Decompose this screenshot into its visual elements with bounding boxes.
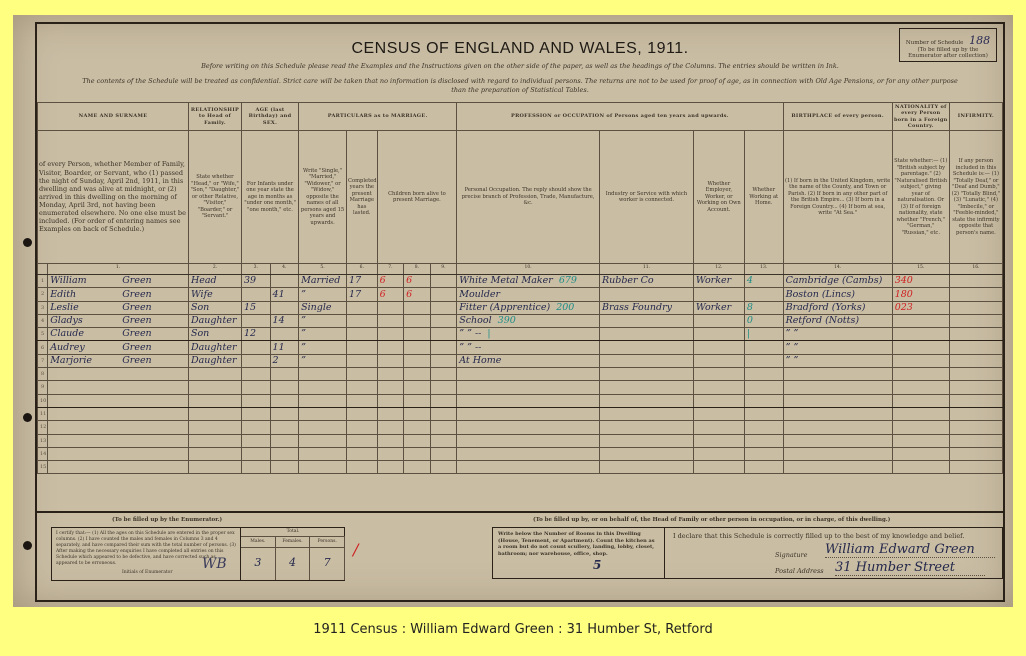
empty-cell	[892, 394, 949, 407]
image-caption: 1911 Census : William Edward Green : 31 …	[0, 622, 1026, 637]
punch-hole	[23, 238, 32, 247]
schedule-number-note: (To be filled up by the Enumerator after…	[900, 47, 996, 59]
empty-cell	[892, 381, 949, 394]
birthplace: Boston (Lincs)	[783, 288, 892, 301]
industry	[600, 328, 694, 341]
emp-code: 0	[744, 314, 783, 327]
empty-cell	[892, 421, 949, 434]
empty-cell	[299, 368, 347, 381]
living	[404, 328, 431, 341]
infirmity	[949, 341, 1002, 354]
marital: ”	[299, 354, 347, 367]
empty-cell	[347, 394, 378, 407]
person-name: MarjorieGreen	[48, 354, 189, 367]
empty-cell	[600, 447, 694, 460]
column-number: 13.	[744, 264, 783, 275]
empty-cell	[241, 394, 270, 407]
red-check-mark: /	[353, 540, 358, 559]
column-number: 1.	[48, 264, 189, 275]
empty-cell	[404, 461, 431, 474]
male-age	[241, 288, 270, 301]
female-age: 14	[270, 314, 299, 327]
empty-cell	[783, 381, 892, 394]
rooms-box: Write below the Number of Rooms in this …	[492, 527, 664, 579]
employer	[693, 341, 744, 354]
declaration-text: I declare that this Schedule is correctl…	[673, 532, 964, 540]
first-name: Claude	[50, 328, 122, 340]
person-name: EdithGreen	[48, 288, 189, 301]
column-number: 16.	[949, 264, 1002, 275]
form-title: CENSUS OF ENGLAND AND WALES, 1911.	[37, 40, 1003, 58]
empty-cell	[188, 381, 241, 394]
empty-row: 8	[38, 368, 1003, 381]
empty-cell	[430, 434, 457, 447]
bp-code	[892, 314, 949, 327]
row-number: 12	[38, 421, 48, 434]
first-name: Leslie	[50, 302, 122, 314]
empty-cell	[457, 368, 600, 381]
column-number: 15.	[892, 264, 949, 275]
empty-cell	[457, 461, 600, 474]
empty-cell	[430, 461, 457, 474]
person-name: ClaudeGreen	[48, 328, 189, 341]
empty-cell	[744, 381, 783, 394]
empty-cell	[457, 394, 600, 407]
occupation: ” ” --	[457, 341, 600, 354]
male-age: 12	[241, 328, 270, 341]
female-age	[270, 328, 299, 341]
female-age: 11	[270, 341, 299, 354]
died	[430, 341, 457, 354]
infirmity	[949, 301, 1002, 314]
header-infirmity: INFIRMITY.	[949, 103, 1002, 131]
employer	[693, 328, 744, 341]
empty-row: 11	[38, 407, 1003, 420]
empty-cell	[693, 461, 744, 474]
empty-cell	[600, 381, 694, 394]
years-married	[347, 354, 378, 367]
empty-row: 9	[38, 381, 1003, 394]
head-of-family-caption: (To be filled up by, or on behalf of, th…	[533, 517, 890, 523]
person-row: 5ClaudeGreenSon12”” ” --||” ”	[38, 328, 1003, 341]
bp-code: 023	[892, 301, 949, 314]
empty-cell	[693, 368, 744, 381]
row-number: 4	[38, 314, 48, 327]
footer-section: (To be filled up by the Enumerator.) I c…	[37, 511, 1003, 604]
empty-row: 13	[38, 434, 1003, 447]
empty-cell	[241, 447, 270, 460]
row-number: 14	[38, 447, 48, 460]
empty-cell	[377, 394, 404, 407]
instr-personal-occupation: Personal Occupation. The reply should sh…	[457, 131, 600, 264]
empty-cell	[430, 421, 457, 434]
females-total: 4	[276, 548, 311, 580]
years-married	[347, 314, 378, 327]
empty-cell	[347, 421, 378, 434]
header-marriage: PARTICULARS as to MARRIAGE.	[299, 103, 457, 131]
relation: Son	[188, 301, 241, 314]
died	[430, 328, 457, 341]
row-number: 7	[38, 354, 48, 367]
years-married: 17	[347, 275, 378, 288]
empty-cell	[430, 394, 457, 407]
living: 6	[404, 288, 431, 301]
empty-cell	[600, 368, 694, 381]
column-number: 6.	[347, 264, 378, 275]
empty-cell	[377, 434, 404, 447]
enumerator-initials-label: Initials of Enumerator	[122, 570, 173, 575]
infirmity	[949, 314, 1002, 327]
empty-cell	[48, 447, 189, 460]
column-number: 3.	[241, 264, 270, 275]
birthplace: ” ”	[783, 341, 892, 354]
empty-cell	[457, 447, 600, 460]
empty-cell	[430, 381, 457, 394]
birthplace: ” ”	[783, 354, 892, 367]
empty-cell	[299, 381, 347, 394]
empty-cell	[241, 461, 270, 474]
row-number: 1	[38, 275, 48, 288]
empty-cell	[270, 461, 299, 474]
row-number: 6	[38, 341, 48, 354]
header-age: AGE (last Birthday) and SEX.	[241, 103, 298, 131]
column-number: 12.	[693, 264, 744, 275]
surname: Green	[122, 342, 152, 353]
column-number: 4.	[270, 264, 299, 275]
died	[430, 354, 457, 367]
industry	[600, 354, 694, 367]
column-number: 10.	[457, 264, 600, 275]
emp-code: 8	[744, 301, 783, 314]
industry	[600, 341, 694, 354]
instr-name: of every Person, whether Member of Famil…	[38, 131, 189, 264]
females-label: Females.	[276, 537, 311, 547]
first-name: Marjorie	[50, 355, 122, 367]
female-age	[270, 301, 299, 314]
empty-cell	[377, 461, 404, 474]
enumerator-box: I certify that:— (1) All the ages on thi…	[51, 527, 345, 581]
schedule-number-value: 188	[969, 34, 990, 47]
instruction-line-3: than the preparation of Statistical Tabl…	[37, 86, 1003, 94]
occupation: White Metal Maker679	[457, 275, 600, 288]
empty-cell	[600, 394, 694, 407]
row-number: 5	[38, 328, 48, 341]
employer	[693, 314, 744, 327]
relation: Wife	[188, 288, 241, 301]
totals-label: Total.	[241, 528, 345, 537]
marital: ”	[299, 288, 347, 301]
males-total: 3	[241, 548, 276, 580]
person-name: LeslieGreen	[48, 301, 189, 314]
empty-cell	[347, 434, 378, 447]
row-number: 10	[38, 394, 48, 407]
relation: Daughter	[188, 341, 241, 354]
empty-cell	[48, 461, 189, 474]
male-age	[241, 354, 270, 367]
enumerator-initials: WB	[202, 556, 227, 572]
occupation-code: |	[487, 328, 490, 339]
empty-cell	[892, 368, 949, 381]
signature-value: William Edward Green	[825, 542, 995, 558]
empty-cell	[188, 434, 241, 447]
birthplace: Cambridge (Cambs)	[783, 275, 892, 288]
died	[430, 275, 457, 288]
empty-cell	[892, 447, 949, 460]
row-number-header	[38, 264, 48, 275]
rooms-instruction: Write below the Number of Rooms in this …	[498, 531, 659, 557]
instr-industry: Industry or Service with which worker is…	[600, 131, 694, 264]
marital: Married	[299, 275, 347, 288]
census-document: CENSUS OF ENGLAND AND WALES, 1911. Befor…	[13, 15, 1013, 607]
instr-infirmity: If any person included in this Schedule …	[949, 131, 1002, 264]
header-relationship: RELATIONSHIP to Head of Family.	[188, 103, 241, 131]
occupation-code: 390	[498, 315, 516, 326]
column-number-row: 1.2.3.4.5.6.7.8.9.10.11.12.13.14.15.16.	[38, 264, 1003, 275]
row-number: 3	[38, 301, 48, 314]
person-row: 2EdithGreenWife41”1766MoulderBoston (Lin…	[38, 288, 1003, 301]
living	[404, 314, 431, 327]
infirmity	[949, 275, 1002, 288]
empty-cell	[241, 368, 270, 381]
declaration-box: I declare that this Schedule is correctl…	[664, 527, 1003, 579]
born	[377, 328, 404, 341]
empty-cell	[783, 394, 892, 407]
employer: Worker	[693, 275, 744, 288]
column-number: 2.	[188, 264, 241, 275]
marital: ”	[299, 314, 347, 327]
empty-cell	[949, 421, 1002, 434]
empty-cell	[949, 381, 1002, 394]
empty-cell	[892, 407, 949, 420]
bp-code	[892, 341, 949, 354]
infirmity	[949, 354, 1002, 367]
schedule-number-box: Number of Schedule 188 (To be filled up …	[899, 28, 997, 62]
living	[404, 341, 431, 354]
empty-row: 12	[38, 421, 1003, 434]
occupation: School390	[457, 314, 600, 327]
postal-address-label: Postal Address	[775, 567, 824, 575]
empty-cell	[457, 434, 600, 447]
empty-cell	[299, 421, 347, 434]
column-number: 14.	[783, 264, 892, 275]
empty-cell	[347, 447, 378, 460]
column-number: 5.	[299, 264, 347, 275]
empty-cell	[783, 434, 892, 447]
empty-cell	[270, 434, 299, 447]
relation: Son	[188, 328, 241, 341]
empty-cell	[377, 421, 404, 434]
instruction-line-2: The contents of the Schedule will be tre…	[37, 77, 1003, 85]
industry: Brass Foundry	[600, 301, 694, 314]
employer	[693, 288, 744, 301]
empty-cell	[744, 368, 783, 381]
born: 6	[377, 275, 404, 288]
occupation-text: ” ” --	[459, 342, 481, 353]
empty-cell	[270, 381, 299, 394]
marital: ”	[299, 328, 347, 341]
person-name: GladysGreen	[48, 314, 189, 327]
female-age: 2	[270, 354, 299, 367]
emp-code	[744, 341, 783, 354]
empty-cell	[404, 434, 431, 447]
first-name: Gladys	[50, 315, 122, 327]
male-age: 39	[241, 275, 270, 288]
instr-years-married: Completed years the present Marriage has…	[347, 131, 378, 264]
males-label: Males.	[241, 537, 276, 547]
born: 6	[377, 288, 404, 301]
empty-cell	[241, 434, 270, 447]
empty-cell	[744, 394, 783, 407]
empty-cell	[188, 394, 241, 407]
relation: Daughter	[188, 354, 241, 367]
person-name: WilliamGreen	[48, 275, 189, 288]
birthplace: ” ”	[783, 328, 892, 341]
empty-cell	[377, 447, 404, 460]
surname: Green	[122, 328, 152, 339]
header-row: NAME AND SURNAME RELATIONSHIP to Head of…	[38, 103, 1003, 131]
person-row: 6AudreyGreenDaughter11”” ” --” ”	[38, 341, 1003, 354]
empty-cell	[241, 381, 270, 394]
empty-cell	[430, 407, 457, 420]
header-occupation: PROFESSION or OCCUPATION of Persons aged…	[457, 103, 783, 131]
occupation-text: Moulder	[459, 289, 500, 300]
empty-cell	[949, 461, 1002, 474]
empty-cell	[377, 368, 404, 381]
row-number: 8	[38, 368, 48, 381]
empty-cell	[347, 368, 378, 381]
header-birthplace: BIRTHPLACE of every person.	[783, 103, 892, 131]
instr-birthplace: (1) If born in the United Kingdom, write…	[783, 131, 892, 264]
empty-cell	[188, 447, 241, 460]
empty-cell	[270, 407, 299, 420]
empty-cell	[693, 447, 744, 460]
empty-cell	[270, 447, 299, 460]
empty-cell	[693, 434, 744, 447]
occupation: Fitter (Apprentice)200	[457, 301, 600, 314]
empty-cell	[48, 434, 189, 447]
years-married	[347, 328, 378, 341]
occupation: At Home	[457, 354, 600, 367]
instr-nationality: State whether:— (1) "British subject by …	[892, 131, 949, 264]
employer: Worker	[693, 301, 744, 314]
bp-code: 180	[892, 288, 949, 301]
empty-cell	[188, 368, 241, 381]
column-number: 11.	[600, 264, 694, 275]
living: 6	[404, 275, 431, 288]
census-table: NAME AND SURNAME RELATIONSHIP to Head of…	[37, 102, 1003, 474]
empty-cell	[600, 407, 694, 420]
occupation: Moulder	[457, 288, 600, 301]
industry	[600, 314, 694, 327]
header-name: NAME AND SURNAME	[38, 103, 189, 131]
empty-cell	[347, 407, 378, 420]
instr-employer: Whether Employer, Worker, or Working on …	[693, 131, 744, 264]
row-number: 2	[38, 288, 48, 301]
empty-cell	[404, 381, 431, 394]
empty-cell	[744, 434, 783, 447]
empty-cell	[48, 368, 189, 381]
born	[377, 314, 404, 327]
empty-cell	[48, 407, 189, 420]
female-age	[270, 275, 299, 288]
industry: Rubber Co	[600, 275, 694, 288]
female-age: 41	[270, 288, 299, 301]
surname: Green	[122, 289, 152, 300]
relation: Head	[188, 275, 241, 288]
birthplace: Retford (Notts)	[783, 314, 892, 327]
born	[377, 341, 404, 354]
empty-cell	[404, 368, 431, 381]
row-number: 13	[38, 434, 48, 447]
bp-code	[892, 328, 949, 341]
row-number: 11	[38, 407, 48, 420]
empty-cell	[783, 461, 892, 474]
empty-cell	[270, 368, 299, 381]
empty-cell	[783, 447, 892, 460]
form-frame: CENSUS OF ENGLAND AND WALES, 1911. Befor…	[35, 22, 1005, 602]
schedule-number-label: Number of Schedule	[906, 40, 964, 46]
died	[430, 288, 457, 301]
instr-home: Whether Working at Home.	[744, 131, 783, 264]
occupation-text: White Metal Maker	[459, 275, 553, 286]
empty-cell	[892, 434, 949, 447]
empty-row: 15	[38, 461, 1003, 474]
empty-cell	[188, 421, 241, 434]
empty-cell	[949, 394, 1002, 407]
occupation-text: Fitter (Apprentice)	[459, 302, 550, 313]
born	[377, 301, 404, 314]
industry	[600, 288, 694, 301]
surname: Green	[122, 302, 152, 313]
born	[377, 354, 404, 367]
empty-cell	[404, 421, 431, 434]
occupation-text: School	[459, 315, 491, 326]
male-age	[241, 314, 270, 327]
totals-box: Total. Males. Females. Persons. 3 4 7	[240, 528, 345, 580]
empty-cell	[457, 381, 600, 394]
empty-cell	[430, 368, 457, 381]
rooms-count: 5	[593, 558, 601, 574]
empty-cell	[744, 461, 783, 474]
empty-cell	[48, 381, 189, 394]
birthplace: Bradford (Yorks)	[783, 301, 892, 314]
empty-cell	[347, 381, 378, 394]
years-married: 17	[347, 288, 378, 301]
empty-cell	[299, 407, 347, 420]
living	[404, 301, 431, 314]
empty-cell	[744, 447, 783, 460]
instr-relationship: State whether "Head," or "Wife," "Son," …	[188, 131, 241, 264]
empty-cell	[404, 407, 431, 420]
male-age: 15	[241, 301, 270, 314]
empty-cell	[241, 421, 270, 434]
person-row: 4GladysGreenDaughter14”School3900Retford…	[38, 314, 1003, 327]
surname: Green	[122, 315, 152, 326]
empty-cell	[600, 461, 694, 474]
bp-code: 340	[892, 275, 949, 288]
empty-cell	[892, 461, 949, 474]
empty-cell	[949, 447, 1002, 460]
first-name: William	[50, 275, 122, 287]
empty-cell	[347, 461, 378, 474]
persons-label: Persons.	[310, 537, 345, 547]
person-name: AudreyGreen	[48, 341, 189, 354]
punch-hole	[23, 541, 32, 550]
instruction-line-1: Before writing on this Schedule please r…	[37, 62, 1003, 70]
surname: Green	[122, 355, 152, 366]
empty-row: 14	[38, 447, 1003, 460]
occupation-code: 679	[559, 275, 577, 286]
